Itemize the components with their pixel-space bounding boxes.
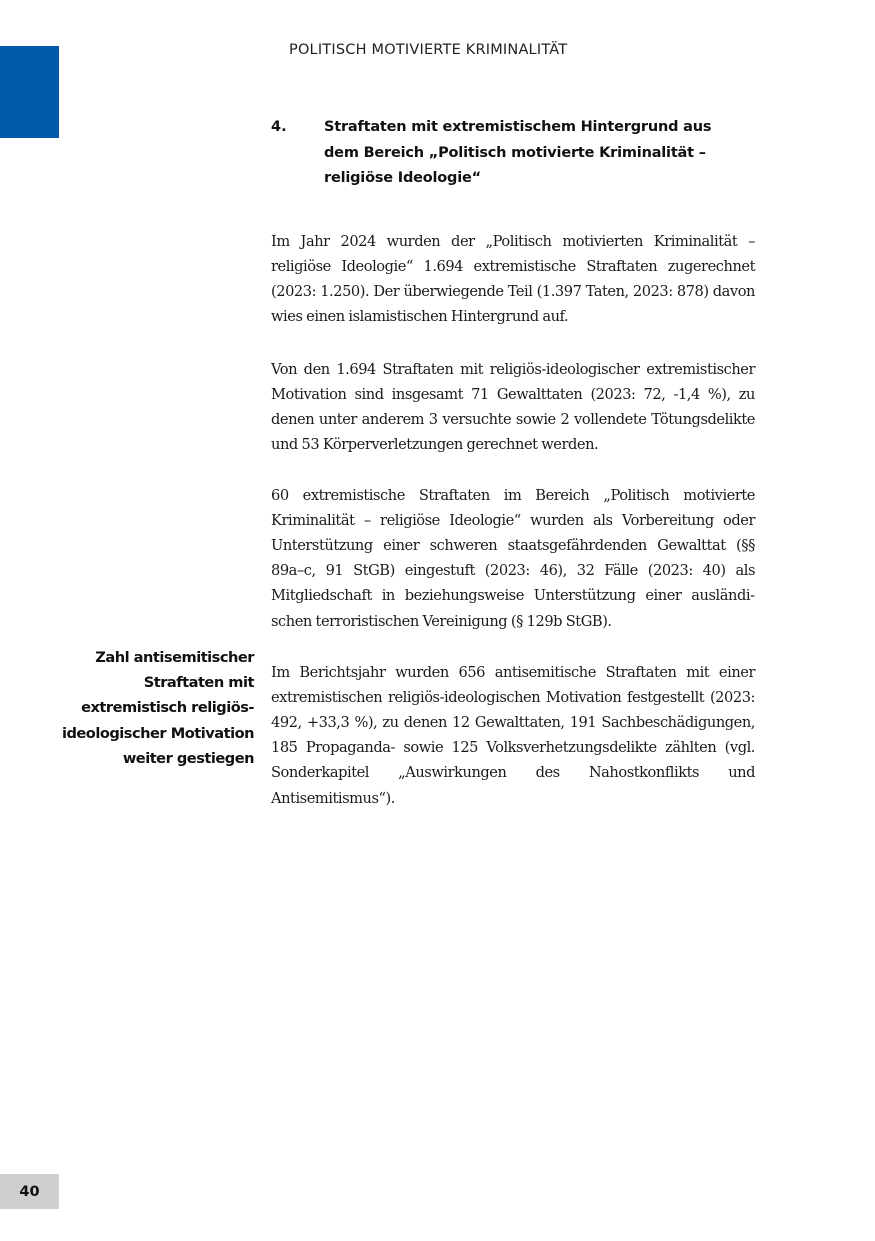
chapter-color-tab bbox=[0, 46, 59, 138]
body-paragraph: Von den 1.694 Straftaten mit religiös-id… bbox=[271, 357, 755, 458]
section-title: Straftaten mit extremistischem Hintergru… bbox=[324, 115, 741, 192]
body-paragraph: Im Jahr 2024 wurden der „Politisch motiv… bbox=[271, 229, 755, 330]
body-paragraph: 60 extremistische Straftaten im Bereich … bbox=[271, 483, 755, 634]
running-header: POLITISCH MOTIVIERTE KRIMINALITÄT bbox=[289, 42, 567, 58]
margin-note: Zahl antisemitischer Straftaten mit extr… bbox=[60, 645, 254, 771]
body-paragraph: Im Berichtsjahr wurden 656 antisemitisch… bbox=[271, 660, 755, 811]
section-heading: 4. Straftaten mit extremistischem Hinter… bbox=[271, 115, 741, 192]
page-number: 40 bbox=[0, 1174, 59, 1209]
section-number: 4. bbox=[271, 115, 287, 141]
